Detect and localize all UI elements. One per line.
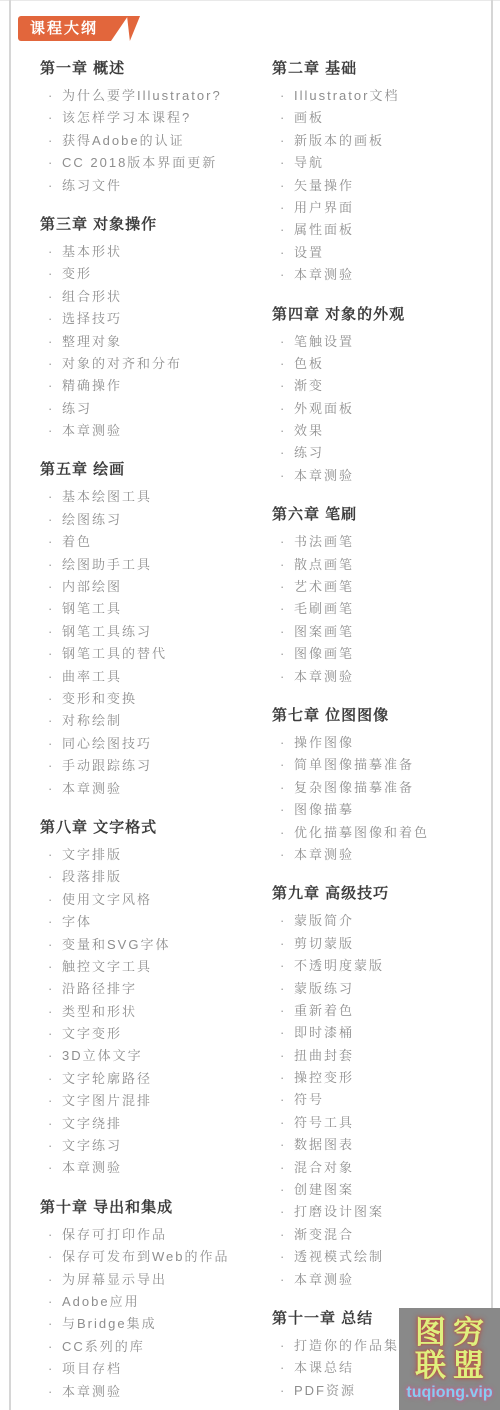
item-label: 本章测验 (62, 778, 122, 800)
item-label: 数据图表 (294, 1134, 354, 1156)
bullet-icon: · (272, 844, 294, 866)
item-label: 用户界面 (294, 197, 354, 219)
item-label: 绘图助手工具 (62, 554, 152, 576)
bullet-icon: · (272, 955, 294, 977)
outline-item: ·色板 (272, 353, 484, 375)
bullet-icon: · (40, 85, 62, 107)
bullet-icon: · (40, 710, 62, 732)
outline-item: ·保存可打印作品 (40, 1224, 272, 1246)
outline-item: ·扭曲封套 (272, 1045, 484, 1067)
chapter-title: 第一章 概述 (40, 56, 272, 82)
bullet-icon: · (272, 175, 294, 197)
bullet-icon: · (272, 978, 294, 1000)
page-edge-left (9, 0, 11, 1410)
outline-item: ·选择技巧 (40, 308, 272, 330)
bullet-icon: · (272, 442, 294, 464)
bullet-icon: · (40, 531, 62, 553)
bullet-icon: · (272, 1179, 294, 1201)
bullet-icon: · (40, 1313, 62, 1335)
item-label: 基本绘图工具 (62, 486, 152, 508)
outline-item: ·精确操作 (40, 375, 272, 397)
item-label: 段落排版 (62, 866, 122, 888)
item-label: 蒙版练习 (294, 978, 354, 1000)
bullet-icon: · (40, 643, 62, 665)
bullet-icon: · (40, 576, 62, 598)
outline-item: ·变形 (40, 263, 272, 285)
item-label: 钢笔工具练习 (62, 621, 152, 643)
outline-item: ·文字排版 (40, 844, 272, 866)
item-label: 渐变混合 (294, 1224, 354, 1246)
item-label: 着色 (62, 531, 92, 553)
watermark: 图穷 联盟 tuqiong.vip (399, 1308, 500, 1410)
item-label: 获得Adobe的认证 (62, 130, 185, 152)
item-label: 导航 (294, 152, 324, 174)
bullet-icon: · (40, 1135, 62, 1157)
outline-item: ·3D立体文字 (40, 1045, 272, 1067)
bullet-icon: · (272, 1357, 294, 1379)
outline-item: ·对称绘制 (40, 710, 272, 732)
item-label: 基本形状 (62, 241, 122, 263)
chapter-title: 第六章 笔刷 (272, 502, 484, 528)
item-label: 打磨设计图案 (294, 1201, 384, 1223)
outline-item: ·钢笔工具 (40, 598, 272, 620)
outline-item: ·绘图练习 (40, 509, 272, 531)
bullet-icon: · (40, 175, 62, 197)
chapter-section: 第六章 笔刷·书法画笔·散点画笔·艺术画笔·毛刷画笔·图案画笔·图像画笔·本章测… (272, 502, 484, 688)
chapter-section: 第七章 位图图像·操作图像·简单图像描摹准备·复杂图像描摹准备·图像描摹·优化描… (272, 703, 484, 866)
watermark-site: tuqiong.vip (406, 1383, 492, 1402)
item-label: 书法画笔 (294, 531, 354, 553)
outline-item: ·蒙版练习 (272, 978, 484, 1000)
bullet-icon: · (40, 1113, 62, 1135)
item-label: 整理对象 (62, 331, 122, 353)
item-label: 项目存档 (62, 1358, 122, 1380)
outline-columns: 第一章 概述·为什么要学Illustrator?·该怎样学习本课程?·获得Ado… (0, 0, 500, 1410)
outline-item: ·效果 (272, 420, 484, 442)
page-top-edge (0, 0, 500, 1)
outline-item: ·项目存档 (40, 1358, 272, 1380)
bullet-icon: · (40, 398, 62, 420)
outline-item: ·Adobe应用 (40, 1291, 272, 1313)
outline-item: ·用户界面 (272, 197, 484, 219)
bullet-icon: · (272, 1269, 294, 1291)
outline-item: ·使用文字风格 (40, 889, 272, 911)
bullet-icon: · (40, 509, 62, 531)
outline-item: ·本章测验 (40, 778, 272, 800)
item-label: 本课总结 (294, 1357, 354, 1379)
outline-item: ·练习文件 (40, 175, 272, 197)
outline-item: ·即时漆桶 (272, 1022, 484, 1044)
chapter-section: 第四章 对象的外观·笔触设置·色板·渐变·外观面板·效果·练习·本章测验 (272, 302, 484, 488)
outline-item: ·简单图像描摹准备 (272, 754, 484, 776)
outline-item: ·Illustrator文档 (272, 85, 484, 107)
bullet-icon: · (40, 554, 62, 576)
chapter-title: 第九章 高级技巧 (272, 881, 484, 907)
chapter-section: 第二章 基础·Illustrator文档·画板·新版本的画板·导航·矢量操作·用… (272, 56, 484, 287)
bullet-icon: · (40, 1090, 62, 1112)
item-label: 透视模式绘制 (294, 1246, 384, 1268)
item-label: 文字变形 (62, 1023, 122, 1045)
bullet-icon: · (272, 1045, 294, 1067)
bullet-icon: · (272, 666, 294, 688)
outline-item: ·CC系列的库 (40, 1336, 272, 1358)
bullet-icon: · (272, 933, 294, 955)
item-label: Illustrator文档 (294, 85, 399, 107)
item-label: 沿路径排字 (62, 978, 137, 1000)
item-label: 与Bridge集成 (62, 1313, 157, 1335)
item-label: 绘图练习 (62, 509, 122, 531)
bullet-icon: · (272, 554, 294, 576)
bullet-icon: · (272, 643, 294, 665)
outline-column-left: 第一章 概述·为什么要学Illustrator?·该怎样学习本课程?·获得Ado… (40, 56, 272, 1410)
bullet-icon: · (272, 1335, 294, 1357)
outline-item: ·导航 (272, 152, 484, 174)
outline-item: ·绘图助手工具 (40, 554, 272, 576)
bullet-icon: · (40, 1023, 62, 1045)
bullet-icon: · (272, 219, 294, 241)
item-label: 对象的对齐和分布 (62, 353, 182, 375)
outline-column-right: 第二章 基础·Illustrator文档·画板·新版本的画板·导航·矢量操作·用… (272, 56, 484, 1410)
item-label: 毛刷画笔 (294, 598, 354, 620)
outline-item: ·本章测验 (40, 420, 272, 442)
item-label: 练习文件 (62, 175, 122, 197)
item-label: 矢量操作 (294, 175, 354, 197)
bullet-icon: · (272, 621, 294, 643)
bullet-icon: · (272, 1157, 294, 1179)
outline-item: ·复杂图像描摹准备 (272, 777, 484, 799)
bullet-icon: · (40, 486, 62, 508)
badge-label: 课程大纲 (18, 16, 128, 41)
bullet-icon: · (40, 286, 62, 308)
bullet-icon: · (272, 85, 294, 107)
item-label: 内部绘图 (62, 576, 122, 598)
bullet-icon: · (272, 420, 294, 442)
item-label: 渐变 (294, 375, 324, 397)
item-label: 本章测验 (294, 1269, 354, 1291)
chapter-title: 第二章 基础 (272, 56, 484, 82)
bullet-icon: · (40, 1358, 62, 1380)
item-label: 本章测验 (294, 844, 354, 866)
bullet-icon: · (272, 822, 294, 844)
item-label: 符号工具 (294, 1112, 354, 1134)
outline-item: ·外观面板 (272, 398, 484, 420)
chapter-title: 第三章 对象操作 (40, 212, 272, 238)
bullet-icon: · (272, 1022, 294, 1044)
item-label: 精确操作 (62, 375, 122, 397)
bullet-icon: · (40, 688, 62, 710)
bullet-icon: · (40, 1336, 62, 1358)
item-label: 为屏幕显示导出 (62, 1269, 167, 1291)
item-label: 使用文字风格 (62, 889, 152, 911)
item-label: 文字图片混排 (62, 1090, 152, 1112)
bullet-icon: · (40, 308, 62, 330)
item-label: 外观面板 (294, 398, 354, 420)
item-label: 剪切蒙版 (294, 933, 354, 955)
item-label: 文字练习 (62, 1135, 122, 1157)
outline-item: ·文字绕排 (40, 1113, 272, 1135)
item-label: 该怎样学习本课程? (62, 107, 191, 129)
item-label: CC系列的库 (62, 1336, 145, 1358)
item-label: 操控变形 (294, 1067, 354, 1089)
bullet-icon: · (40, 1381, 62, 1403)
bullet-icon: · (272, 598, 294, 620)
chapter-section: 第一章 概述·为什么要学Illustrator?·该怎样学习本课程?·获得Ado… (40, 56, 272, 197)
bullet-icon: · (40, 866, 62, 888)
outline-item: ·文字图片混排 (40, 1090, 272, 1112)
item-label: 本章测验 (294, 264, 354, 286)
bullet-icon: · (40, 934, 62, 956)
outline-item: ·练习 (272, 442, 484, 464)
bullet-icon: · (40, 1269, 62, 1291)
bullet-icon: · (40, 107, 62, 129)
outline-item: ·本章测验 (272, 465, 484, 487)
outline-item: ·透视模式绘制 (272, 1246, 484, 1268)
outline-item: ·图像画笔 (272, 643, 484, 665)
item-label: 文字绕排 (62, 1113, 122, 1135)
bullet-icon: · (272, 398, 294, 420)
bullet-icon: · (272, 531, 294, 553)
outline-item: ·内部绘图 (40, 576, 272, 598)
outline-item: ·曲率工具 (40, 666, 272, 688)
outline-item: ·本章测验 (40, 1157, 272, 1179)
outline-item: ·设置 (272, 242, 484, 264)
outline-item: ·优化描摹图像和着色 (272, 822, 484, 844)
outline-item: ·重新着色 (272, 1000, 484, 1022)
item-label: PDF资源 (294, 1380, 356, 1402)
bullet-icon: · (272, 576, 294, 598)
item-label: 保存可发布到Web的作品 (62, 1246, 230, 1268)
item-label: 简单图像描摹准备 (294, 754, 414, 776)
item-label: 色板 (294, 353, 324, 375)
outline-item: ·艺术画笔 (272, 576, 484, 598)
item-label: 文字排版 (62, 844, 122, 866)
outline-item: ·蒙版简介 (272, 910, 484, 932)
bullet-icon: · (272, 1224, 294, 1246)
bullet-icon: · (40, 1246, 62, 1268)
bullet-icon: · (272, 242, 294, 264)
outline-item: ·矢量操作 (272, 175, 484, 197)
item-label: 钢笔工具的替代 (62, 643, 167, 665)
item-label: 3D立体文字 (62, 1045, 143, 1067)
outline-item: ·为什么要学Illustrator? (40, 85, 272, 107)
item-label: 混合对象 (294, 1157, 354, 1179)
outline-item: ·同心绘图技巧 (40, 733, 272, 755)
item-label: 优化描摹图像和着色 (294, 822, 429, 844)
watermark-line2: 联盟 (408, 1349, 491, 1382)
outline-item: ·操作图像 (272, 732, 484, 754)
item-label: 符号 (294, 1089, 324, 1111)
chapter-title: 第八章 文字格式 (40, 815, 272, 841)
item-label: 文字轮廓路径 (62, 1068, 152, 1090)
bullet-icon: · (272, 1201, 294, 1223)
bullet-icon: · (40, 778, 62, 800)
outline-item: ·获得Adobe的认证 (40, 130, 272, 152)
item-label: 为什么要学Illustrator? (62, 85, 222, 107)
item-label: 同心绘图技巧 (62, 733, 152, 755)
bullet-icon: · (40, 1157, 62, 1179)
bullet-icon: · (272, 1112, 294, 1134)
bullet-icon: · (272, 1089, 294, 1111)
outline-item: ·本章测验 (272, 1269, 484, 1291)
bullet-icon: · (272, 1067, 294, 1089)
bullet-icon: · (40, 978, 62, 1000)
outline-item: ·符号工具 (272, 1112, 484, 1134)
bullet-icon: · (40, 331, 62, 353)
item-label: 练习 (294, 442, 324, 464)
item-label: 效果 (294, 420, 324, 442)
chapter-title: 第七章 位图图像 (272, 703, 484, 729)
bullet-icon: · (272, 799, 294, 821)
chapter-title: 第四章 对象的外观 (272, 302, 484, 328)
item-label: 本章测验 (62, 420, 122, 442)
outline-item: ·基本绘图工具 (40, 486, 272, 508)
chapter-title: 第五章 绘画 (40, 457, 272, 483)
outline-item: ·与Bridge集成 (40, 1313, 272, 1335)
outline-item: ·毛刷画笔 (272, 598, 484, 620)
chapter-section: 第五章 绘画·基本绘图工具·绘图练习·着色·绘图助手工具·内部绘图·钢笔工具·钢… (40, 457, 272, 799)
bullet-icon: · (40, 1068, 62, 1090)
outline-item: ·书法画笔 (272, 531, 484, 553)
item-label: 画板 (294, 107, 324, 129)
item-label: 复杂图像描摹准备 (294, 777, 414, 799)
bullet-icon: · (272, 1380, 294, 1402)
bullet-icon: · (272, 732, 294, 754)
bullet-icon: · (40, 353, 62, 375)
bullet-icon: · (40, 844, 62, 866)
bullet-icon: · (40, 420, 62, 442)
bullet-icon: · (40, 755, 62, 777)
bullet-icon: · (40, 666, 62, 688)
bullet-icon: · (272, 1000, 294, 1022)
item-label: 字体 (62, 911, 92, 933)
bullet-icon: · (40, 733, 62, 755)
outline-item: ·图像描摹 (272, 799, 484, 821)
bullet-icon: · (40, 1224, 62, 1246)
bullet-icon: · (272, 1246, 294, 1268)
item-label: 即时漆桶 (294, 1022, 354, 1044)
bullet-icon: · (40, 130, 62, 152)
item-label: 创建图案 (294, 1179, 354, 1201)
item-label: 不透明度蒙版 (294, 955, 384, 977)
item-label: Adobe应用 (62, 1291, 140, 1313)
outline-item: ·打磨设计图案 (272, 1201, 484, 1223)
item-label: 手动跟踪练习 (62, 755, 152, 777)
outline-item: ·散点画笔 (272, 554, 484, 576)
item-label: 本章测验 (62, 1381, 122, 1403)
outline-item: ·为屏幕显示导出 (40, 1269, 272, 1291)
outline-item: ·本章测验 (272, 844, 484, 866)
outline-item: ·属性面板 (272, 219, 484, 241)
bullet-icon: · (40, 152, 62, 174)
outline-item: ·渐变 (272, 375, 484, 397)
bullet-icon: · (272, 107, 294, 129)
item-label: 艺术画笔 (294, 576, 354, 598)
item-label: 组合形状 (62, 286, 122, 308)
item-label: 图案画笔 (294, 621, 354, 643)
bullet-icon: · (272, 331, 294, 353)
outline-item: ·沿路径排字 (40, 978, 272, 1000)
bullet-icon: · (40, 1001, 62, 1023)
item-label: 新版本的画板 (294, 130, 384, 152)
outline-item: ·段落排版 (40, 866, 272, 888)
item-label: 对称绘制 (62, 710, 122, 732)
page-edge-right (491, 0, 493, 1410)
item-label: 打造你的作品集 (294, 1335, 399, 1357)
outline-item: ·创建图案 (272, 1179, 484, 1201)
outline-item: ·数据图表 (272, 1134, 484, 1156)
outline-item: ·钢笔工具练习 (40, 621, 272, 643)
bullet-icon: · (40, 889, 62, 911)
bullet-icon: · (272, 465, 294, 487)
outline-item: ·整理对象 (40, 331, 272, 353)
outline-item: ·保存可发布到Web的作品 (40, 1246, 272, 1268)
item-label: 蒙版简介 (294, 910, 354, 932)
bullet-icon: · (40, 598, 62, 620)
item-label: 本章测验 (62, 1157, 122, 1179)
item-label: 类型和形状 (62, 1001, 137, 1023)
bullet-icon: · (272, 264, 294, 286)
outline-item: ·渐变混合 (272, 1224, 484, 1246)
bullet-icon: · (40, 956, 62, 978)
watermark-line1: 图穷 (408, 1316, 491, 1349)
outline-item: ·文字变形 (40, 1023, 272, 1045)
outline-item: ·本章测验 (272, 264, 484, 286)
bullet-icon: · (40, 241, 62, 263)
item-label: 图像画笔 (294, 643, 354, 665)
bullet-icon: · (40, 263, 62, 285)
outline-item: ·字体 (40, 911, 272, 933)
outline-item: ·变量和SVG字体 (40, 934, 272, 956)
outline-item: ·钢笔工具的替代 (40, 643, 272, 665)
outline-item: ·手动跟踪练习 (40, 755, 272, 777)
bullet-icon: · (272, 910, 294, 932)
outline-item: ·着色 (40, 531, 272, 553)
bullet-icon: · (40, 375, 62, 397)
outline-item: ·文字轮廓路径 (40, 1068, 272, 1090)
outline-item: ·练习 (40, 398, 272, 420)
item-label: 重新着色 (294, 1000, 354, 1022)
chapter-title: 第十章 导出和集成 (40, 1195, 272, 1221)
outline-item: ·该怎样学习本课程? (40, 107, 272, 129)
item-label: 保存可打印作品 (62, 1224, 167, 1246)
chapter-section: 第九章 高级技巧·蒙版简介·剪切蒙版·不透明度蒙版·蒙版练习·重新着色·即时漆桶… (272, 881, 484, 1291)
bullet-icon: · (40, 621, 62, 643)
outline-item: ·图案画笔 (272, 621, 484, 643)
outline-item: ·CC 2018版本界面更新 (40, 152, 272, 174)
item-label: CC 2018版本界面更新 (62, 152, 217, 174)
item-label: 曲率工具 (62, 666, 122, 688)
item-label: 选择技巧 (62, 308, 122, 330)
outline-item: ·混合对象 (272, 1157, 484, 1179)
bullet-icon: · (272, 1134, 294, 1156)
bullet-icon: · (272, 777, 294, 799)
item-label: 变形和变换 (62, 688, 137, 710)
bullet-icon: · (272, 130, 294, 152)
outline-item: ·本章测验 (272, 666, 484, 688)
course-outline-badge: 课程大纲 (18, 16, 128, 41)
outline-item: ·触控文字工具 (40, 956, 272, 978)
item-label: 扭曲封套 (294, 1045, 354, 1067)
item-label: 笔触设置 (294, 331, 354, 353)
outline-item: ·变形和变换 (40, 688, 272, 710)
bullet-icon: · (272, 152, 294, 174)
outline-item: ·类型和形状 (40, 1001, 272, 1023)
outline-item: ·操控变形 (272, 1067, 484, 1089)
item-label: 属性面板 (294, 219, 354, 241)
item-label: 钢笔工具 (62, 598, 122, 620)
outline-item: ·文字练习 (40, 1135, 272, 1157)
outline-item: ·新版本的画板 (272, 130, 484, 152)
